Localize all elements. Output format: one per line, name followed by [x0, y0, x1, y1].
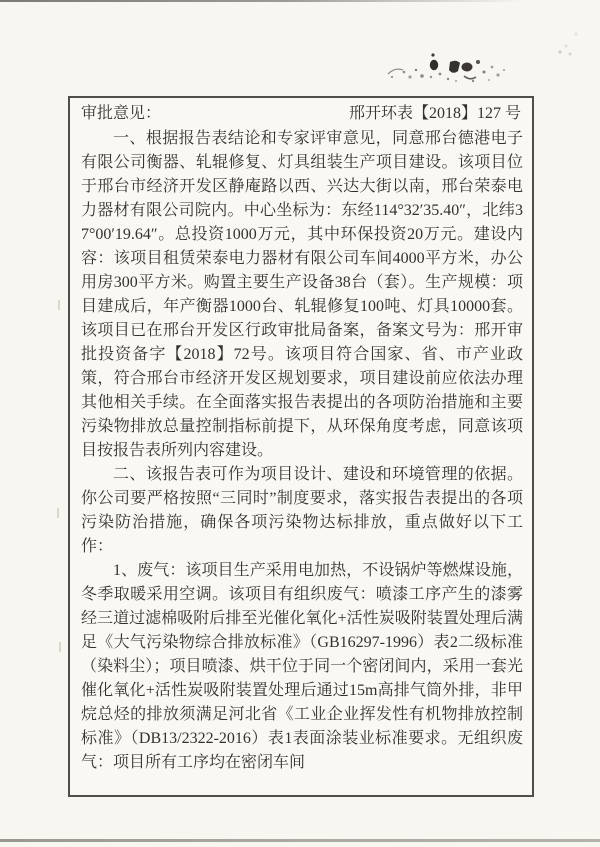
scan-edge-top	[0, 0, 525, 2]
scanned-page: 审批意见： 邢开环表【2018】127 号 一、根据报告表结论和专家评审意见，同…	[0, 0, 600, 847]
approval-opinion-box: 审批意见： 邢开环表【2018】127 号 一、根据报告表结论和专家评审意见，同…	[68, 96, 534, 797]
document-number: 邢开环表【2018】127 号	[349, 101, 523, 127]
scan-mark	[59, 642, 61, 652]
scan-edge-bottom	[0, 839, 600, 842]
paragraph-approval-1: 一、根据报告表结论和专家评审意见，同意邢台德港电子有限公司衡器、轧辊修复、灯具组…	[81, 127, 523, 463]
approval-header: 审批意见： 邢开环表【2018】127 号	[81, 101, 523, 127]
handwriting-scribble-icon	[352, 50, 517, 92]
scan-smudge-top-right	[548, 22, 588, 62]
section-label: 审批意见：	[81, 101, 161, 127]
paragraph-waste-gas: 1、废气：该项目生产采用电加热，不设锅炉等燃煤设施，冬季取暖采用空调。该项目有组…	[81, 559, 523, 775]
scan-mark	[58, 300, 60, 310]
scan-mark	[57, 508, 59, 518]
paragraph-approval-2: 二、该报告表可作为项目设计、建设和环境管理的依据。你公司要严格按照“三同时”制度…	[81, 463, 523, 559]
